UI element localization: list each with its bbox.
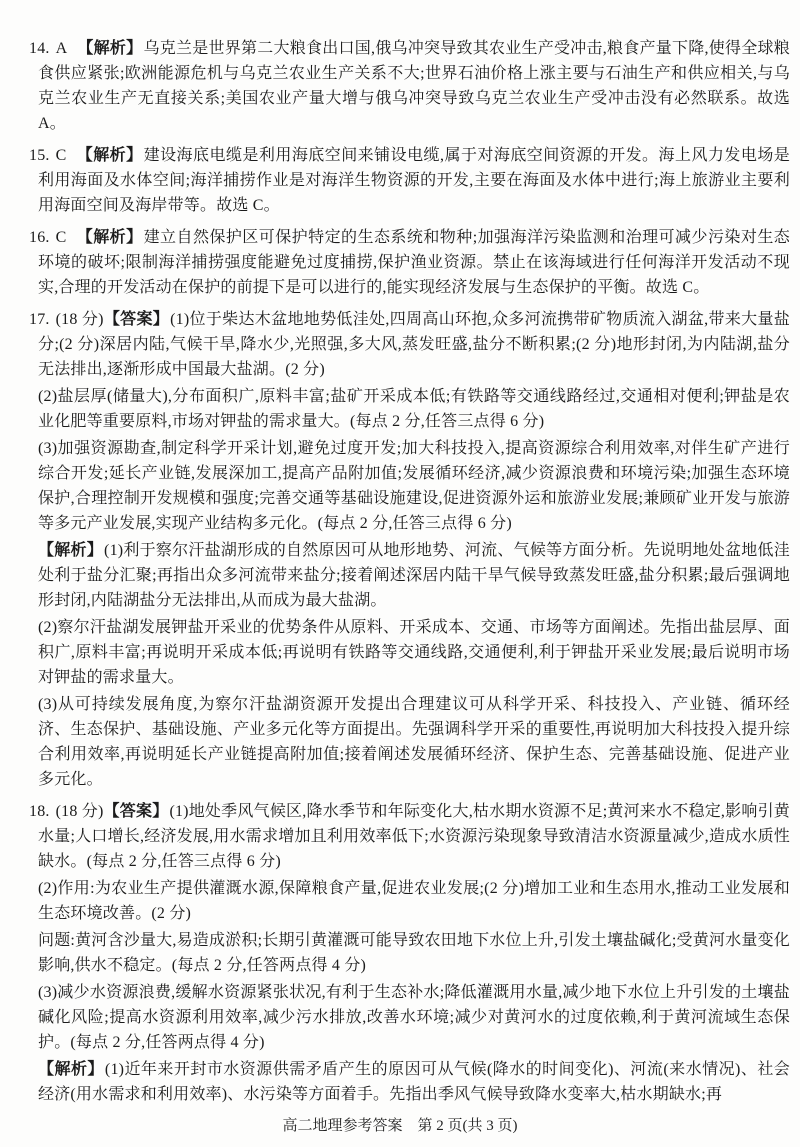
section-label: 【解析】 — [38, 1061, 104, 1078]
answer-item: 15.C【解析】建设海底电缆是利用海底空间来铺设电缆,属于对海底空间资源的开发。… — [38, 143, 790, 218]
paragraph-text: (3)减少水资源浪费,缓解水资源紧张状况,有利于生态补水;降低灌溉用水量,减少地… — [38, 984, 790, 1051]
question-number: 17. — [29, 311, 50, 328]
answer-item: 14.A【解析】乌克兰是世界第二大粮食出口国,俄乌冲突导致其农业生产受冲击,粮食… — [38, 36, 790, 136]
paragraph-text: 问题:黄河含沙量大,易造成淤积;长期引黄灌溉可能导致农田地下水位上升,引发土壤盐… — [38, 932, 790, 974]
answer-item: 18.(18 分)【答案】(1)地处季风气候区,降水季节和年际变化大,枯水期水资… — [38, 799, 790, 1107]
section-label: 【解析】 — [76, 229, 142, 246]
answer-item: 16.C【解析】建立自然保护区可保护特定的生态系统和物种;加强海洋污染监测和治理… — [38, 225, 790, 300]
answer-paragraph: 16.C【解析】建立自然保护区可保护特定的生态系统和物种;加强海洋污染监测和治理… — [38, 225, 790, 300]
answer-paragraph: 14.A【解析】乌克兰是世界第二大粮食出口国,俄乌冲突导致其农业生产受冲击,粮食… — [38, 36, 790, 136]
answer-paragraph: (2)盐层厚(储量大),分布面积广,原料丰富;盐矿开采成本低;有铁路等交通线路经… — [38, 384, 790, 434]
answer-list: 14.A【解析】乌克兰是世界第二大粮食出口国,俄乌冲突导致其农业生产受冲击,粮食… — [38, 36, 790, 1107]
answer-paragraph: (3)加强资源勘查,制定科学开采计划,避免过度开发;加大科技投入,提高资源综合利… — [38, 436, 790, 536]
answer-letter: A — [56, 40, 68, 57]
paragraph-text: (2)作用:为农业生产提供灌溉水源,保障粮食产量,促进农业发展;(2 分)增加工… — [38, 880, 790, 922]
paragraph-text: (2)察尔汗盐湖发展钾盐开采业的优势条件从原料、开采成本、交通、市场等方面阐述。… — [38, 619, 790, 686]
section-label: 【解析】 — [76, 147, 142, 164]
exam-answer-page: 14.A【解析】乌克兰是世界第二大粮食出口国,俄乌冲突导致其农业生产受冲击,粮食… — [0, 0, 800, 1147]
question-number: 16. — [29, 229, 50, 246]
answer-paragraph: (2)察尔汗盐湖发展钾盐开采业的优势条件从原料、开采成本、交通、市场等方面阐述。… — [38, 615, 790, 690]
paragraph-text: 乌克兰是世界第二大粮食出口国,俄乌冲突导致其农业生产受冲击,粮食产量下降,使得全… — [38, 40, 790, 132]
section-label: 【解析】 — [77, 40, 142, 57]
score-note: (18 分) — [56, 311, 104, 328]
answer-paragraph: 18.(18 分)【答案】(1)地处季风气候区,降水季节和年际变化大,枯水期水资… — [38, 799, 790, 874]
answer-paragraph: 15.C【解析】建设海底电缆是利用海底空间来铺设电缆,属于对海底空间资源的开发。… — [38, 143, 790, 218]
paragraph-text: 建设海底电缆是利用海底空间来铺设电缆,属于对海底空间资源的开发。海上风力发电场是… — [38, 147, 790, 214]
answer-paragraph: (3)减少水资源浪费,缓解水资源紧张状况,有利于生态补水;降低灌溉用水量,减少地… — [38, 980, 790, 1055]
paragraph-text: (3)加强资源勘查,制定科学开采计划,避免过度开发;加大科技投入,提高资源综合利… — [38, 440, 790, 532]
answer-item: 17.(18 分)【答案】(1)位于柴达木盆地地势低洼处,四周高山环抱,众多河流… — [38, 307, 790, 792]
section-label: 【答案】 — [104, 311, 169, 328]
answer-paragraph: (2)作用:为农业生产提供灌溉水源,保障粮食产量,促进农业发展;(2 分)增加工… — [38, 876, 790, 926]
answer-paragraph: 问题:黄河含沙量大,易造成淤积;长期引黄灌溉可能导致农田地下水位上升,引发土壤盐… — [38, 928, 790, 978]
answer-paragraph: 17.(18 分)【答案】(1)位于柴达木盆地地势低洼处,四周高山环抱,众多河流… — [38, 307, 790, 382]
answer-paragraph: 【解析】(1)利于察尔汗盐湖形成的自然原因可从地形地势、河流、气候等方面分析。先… — [38, 538, 790, 613]
paragraph-text: (3)从可持续发展角度,为察尔汗盐湖资源开发提出合理建议可从科学开采、科技投入、… — [38, 696, 790, 788]
answer-paragraph: 【解析】(1)近年来开封市水资源供需矛盾产生的原因可从气候(降水的时间变化)、河… — [38, 1057, 790, 1107]
score-note: (18 分) — [56, 803, 104, 820]
paragraph-text: (2)盐层厚(储量大),分布面积广,原料丰富;盐矿开采成本低;有铁路等交通线路经… — [38, 388, 790, 430]
paragraph-text: 建立自然保护区可保护特定的生态系统和物种;加强海洋污染监测和治理可减少污染对生态… — [38, 229, 790, 296]
paragraph-text: (1)近年来开封市水资源供需矛盾产生的原因可从气候(降水的时间变化)、河流(来水… — [38, 1061, 790, 1103]
question-number: 14. — [29, 40, 50, 57]
question-number: 15. — [29, 147, 50, 164]
paragraph-text: (1)利于察尔汗盐湖形成的自然原因可从地形地势、河流、气候等方面分析。先说明地处… — [38, 542, 790, 609]
page-footer: 高二地理参考答案 第 2 页(共 3 页) — [0, 1114, 800, 1135]
answer-paragraph: (3)从可持续发展角度,为察尔汗盐湖资源开发提出合理建议可从科学开采、科技投入、… — [38, 692, 790, 792]
section-label: 【解析】 — [38, 542, 103, 559]
answer-letter: C — [56, 147, 67, 164]
question-number: 18. — [29, 803, 50, 820]
answer-letter: C — [56, 229, 67, 246]
section-label: 【答案】 — [104, 803, 169, 820]
